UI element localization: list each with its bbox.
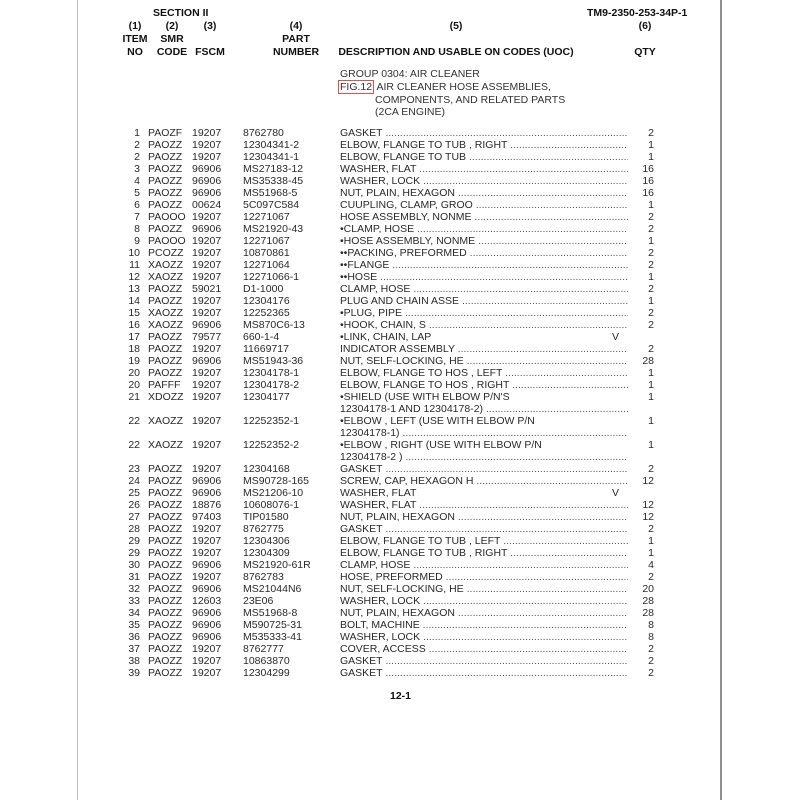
smr-code: PAOZZ <box>148 199 182 211</box>
smr-code: PAOZZ <box>148 619 182 631</box>
quantity: 2 <box>630 283 654 295</box>
description-text: BOLT, MACHINE <box>340 619 420 631</box>
description-line-1: GASKET .................................… <box>340 655 628 667</box>
description: HOSE ASSEMBLY, NONME ...................… <box>340 211 628 223</box>
table-row: 29PAOZZ1920712304306ELBOW, FLANGE TO TUB… <box>0 535 800 547</box>
description: WASHER, FLAT ...........................… <box>340 163 628 175</box>
part-number: 12271066-1 <box>243 271 299 283</box>
smr-code: PAOZZ <box>148 499 182 511</box>
item-number: 12 <box>118 271 140 283</box>
item-number: 27 <box>118 511 140 523</box>
description: •SHIELD (USE WITH ELBOW P/N'S12304178-1 … <box>340 391 628 415</box>
table-row: 20PAOZZ1920712304178-1ELBOW, FLANGE TO H… <box>0 367 800 379</box>
quantity: 2 <box>630 343 654 355</box>
table-row: 37PAOZZ192078762777COVER, ACCESS .......… <box>0 643 800 655</box>
quantity: 2 <box>630 127 654 139</box>
description-text: PLUG AND CHAIN ASSE <box>340 295 459 307</box>
table-row: 18PAOZZ1920711669717INDICATOR ASSEMBLY .… <box>0 343 800 355</box>
fscm: 19207 <box>192 391 221 403</box>
description-text: ELBOW, FLANGE TO HOS , RIGHT <box>340 379 509 391</box>
table-row: 12XAOZZ1920712271066-1••HOSE ...........… <box>0 271 800 283</box>
smr-code: PCOZZ <box>148 247 184 259</box>
quantity: 1 <box>630 151 654 163</box>
table-row: 16XAOZZ96906MS870C6-13•HOOK, CHAIN, S ..… <box>0 319 800 331</box>
fscm: 19207 <box>192 211 221 223</box>
leader-dots: ........................................… <box>377 271 628 283</box>
quantity: 16 <box>630 187 654 199</box>
smr-code: PAOOO <box>148 235 186 247</box>
description-text: •CLAMP, HOSE <box>340 223 414 235</box>
column-label: NO <box>118 46 152 59</box>
column-label: NUMBER <box>264 46 328 59</box>
leader-dots: ........................................… <box>382 463 628 475</box>
description-text: 12304178-1 AND 12304178-2) <box>340 403 483 415</box>
fscm: 19207 <box>192 523 221 535</box>
description-text: ELBOW, FLANGE TO TUB , RIGHT <box>340 139 507 151</box>
fscm: 19207 <box>192 295 221 307</box>
quantity: 16 <box>630 175 654 187</box>
description: GASKET .................................… <box>340 667 628 679</box>
part-number: M590725-31 <box>243 619 302 631</box>
fscm: 19207 <box>192 151 221 163</box>
fscm: 96906 <box>192 487 221 499</box>
column-header-item-no: (1) ITEM NO <box>118 20 152 59</box>
quantity: 2 <box>630 319 654 331</box>
table-row: 32PAOZZ96906MS21044N6NUT, SELF-LOCKING, … <box>0 583 800 595</box>
leader-dots: ........................................… <box>389 259 628 271</box>
description: ELBOW, FLANGE TO TUB , RIGHT ...........… <box>340 547 628 559</box>
description-line-1: •ELBOW , LEFT (USE WITH ELBOW P/N <box>340 415 628 427</box>
column-label: CODE <box>155 46 189 59</box>
item-number: 25 <box>118 487 140 499</box>
description-line-1: CLAMP, HOSE ............................… <box>340 283 628 295</box>
fscm: 19207 <box>192 463 221 475</box>
fscm: 96906 <box>192 163 221 175</box>
table-row: 4PAOZZ96906MS35338-45WASHER, LOCK ......… <box>0 175 800 187</box>
part-number: 12304341-1 <box>243 151 299 163</box>
smr-code: PAOZZ <box>148 367 182 379</box>
quantity: 2 <box>630 259 654 271</box>
description: NUT, PLAIN, HEXAGON ....................… <box>340 187 628 199</box>
column-label: DESCRIPTION AND USABLE ON CODES (UOC) <box>338 46 574 59</box>
document-number: TM9-2350-253-34P-1 <box>587 7 687 19</box>
fscm: 18876 <box>192 499 221 511</box>
fscm: 96906 <box>192 187 221 199</box>
description-text: WASHER, LOCK <box>340 595 420 607</box>
item-number: 22 <box>118 415 140 427</box>
quantity: 8 <box>630 631 654 643</box>
item-number: 19 <box>118 355 140 367</box>
item-number: 21 <box>118 391 140 403</box>
part-number: 12304178-1 <box>243 367 299 379</box>
table-row: 24PAOZZ96906MS90728-165SCREW, CAP, HEXAG… <box>0 475 800 487</box>
description: WASHER, LOCK ...........................… <box>340 175 628 187</box>
description-line-1: GASKET .................................… <box>340 127 628 139</box>
description-line-2: 12304178-1 AND 12304178-2) .............… <box>340 403 628 415</box>
leader-dots: ........................................… <box>455 511 628 523</box>
figure-link[interactable]: FIG.12 <box>338 80 374 94</box>
part-number: 12304178-2 <box>243 379 299 391</box>
item-number: 26 <box>118 499 140 511</box>
fscm: 96906 <box>192 319 221 331</box>
table-row: 33PAOZZ1260323E06WASHER, LOCK ..........… <box>0 595 800 607</box>
description-line-1: ELBOW, FLANGE TO TUB , RIGHT ...........… <box>340 139 628 151</box>
item-number: 18 <box>118 343 140 355</box>
description-line-1: •HOOK, CHAIN, S ........................… <box>340 319 628 331</box>
description-text: ••HOSE <box>340 271 377 283</box>
table-row: 19PAOZZ96906MS51943-36NUT, SELF-LOCKING,… <box>0 355 800 367</box>
table-row: 29PAOZZ1920712304309ELBOW, FLANGE TO TUB… <box>0 547 800 559</box>
column-number: (4) <box>264 20 328 33</box>
description-line-1: WASHER, LOCK ...........................… <box>340 631 628 643</box>
item-number: 32 <box>118 583 140 595</box>
part-number: MS21044N6 <box>243 583 301 595</box>
description: ••FLANGE ...............................… <box>340 259 628 271</box>
smr-code: PAOZZ <box>148 607 182 619</box>
table-row: 34PAOZZ96906MS51968-8NUT, PLAIN, HEXAGON… <box>0 607 800 619</box>
fscm: 96906 <box>192 175 221 187</box>
leader-dots: ........................................… <box>420 631 628 643</box>
quantity: 1 <box>630 391 654 403</box>
smr-code: XAOZZ <box>148 259 183 271</box>
description: ELBOW, FLANGE TO TUB , RIGHT ...........… <box>340 139 628 151</box>
item-number: 30 <box>118 559 140 571</box>
smr-code: PAOZZ <box>148 295 182 307</box>
smr-code: PAOZZ <box>148 187 182 199</box>
fscm: 96906 <box>192 223 221 235</box>
smr-code: PAOZZ <box>148 343 182 355</box>
leader-dots: ........................................… <box>473 199 628 211</box>
smr-code: PAOZZ <box>148 175 182 187</box>
smr-code: XAOZZ <box>148 307 183 319</box>
table-row: 9PAOOO1920712271067•HOSE ASSEMBLY, NONME… <box>0 235 800 247</box>
leader-dots: ........................................… <box>402 451 628 463</box>
part-number: MS870C6-13 <box>243 319 305 331</box>
quantity: 1 <box>630 271 654 283</box>
item-number: 38 <box>118 655 140 667</box>
smr-code: PAOZZ <box>148 595 182 607</box>
description-line-1: SCREW, CAP, HEXAGON H ..................… <box>340 475 628 487</box>
description-line-1: •PLUG, PIPE ............................… <box>340 307 628 319</box>
description-line-1: GASKET .................................… <box>340 523 628 535</box>
part-number: 12252352-2 <box>243 439 299 451</box>
item-number: 24 <box>118 475 140 487</box>
quantity: 28 <box>630 607 654 619</box>
section-title: SECTION II <box>153 7 208 19</box>
part-number: 23E06 <box>243 595 273 607</box>
smr-code: PAOZZ <box>148 475 182 487</box>
description-text: WASHER, FLAT <box>340 163 416 175</box>
leader-dots: ........................................… <box>426 319 628 331</box>
item-number: 7 <box>118 211 140 223</box>
smr-code: XAOZZ <box>148 415 183 427</box>
description: •PLUG, PIPE ............................… <box>340 307 628 319</box>
smr-code: PAOZZ <box>148 331 182 343</box>
smr-code: PAOZZ <box>148 655 182 667</box>
item-number: 10 <box>118 247 140 259</box>
description-line-1: •CLAMP, HOSE ...........................… <box>340 223 628 235</box>
table-row: 10PCOZZ1920710870861••PACKING, PREFORMED… <box>0 247 800 259</box>
leader-dots: ........................................… <box>414 223 628 235</box>
smr-code: PAOZZ <box>148 163 182 175</box>
smr-code: PAOZZ <box>148 523 182 535</box>
description-text: INDICATOR ASSEMBLY <box>340 343 455 355</box>
leader-dots: ........................................… <box>459 295 628 307</box>
table-row: 36PAOZZ96906M535333-41WASHER, LOCK .....… <box>0 631 800 643</box>
part-number: MS21920-43 <box>243 223 303 235</box>
fscm: 19207 <box>192 235 221 247</box>
quantity: 1 <box>630 379 654 391</box>
item-number: 14 <box>118 295 140 307</box>
description: NUT, PLAIN, HEXAGON ....................… <box>340 511 628 523</box>
fscm: 19207 <box>192 379 221 391</box>
quantity: 2 <box>630 211 654 223</box>
description-line-1: NUT, PLAIN, HEXAGON ....................… <box>340 607 628 619</box>
part-number: 10608076-1 <box>243 499 299 511</box>
part-number: 8762775 <box>243 523 284 535</box>
part-number: 10870861 <box>243 247 290 259</box>
item-number: 13 <box>118 283 140 295</box>
description-text: ELBOW, FLANGE TO TUB <box>340 151 466 163</box>
item-number: 29 <box>118 547 140 559</box>
fscm: 79577 <box>192 331 221 343</box>
item-number: 36 <box>118 631 140 643</box>
column-header-qty: (6) QTY <box>628 20 662 59</box>
description: GASKET .................................… <box>340 127 628 139</box>
description-text: COVER, ACCESS <box>340 643 426 655</box>
table-row: 31PAOZZ192078762783HOSE, PREFORMED .....… <box>0 571 800 583</box>
description-line-1: CUUPLING, CLAMP, GROO ..................… <box>340 199 628 211</box>
column-header-fscm: (3) FSCM <box>193 20 227 59</box>
description-line-1: NUT, SELF-LOCKING, HE ..................… <box>340 583 628 595</box>
description-line-1: WASHER, LOCK ...........................… <box>340 175 628 187</box>
description-text: HOSE, PREFORMED <box>340 571 443 583</box>
description: WASHER, LOCK ...........................… <box>340 595 628 607</box>
item-number: 16 <box>118 319 140 331</box>
item-number: 33 <box>118 595 140 607</box>
table-row: 15XAOZZ1920712252365•PLUG, PIPE ........… <box>0 307 800 319</box>
description-line-1: INDICATOR ASSEMBLY .....................… <box>340 343 628 355</box>
quantity: 1 <box>630 535 654 547</box>
leader-dots: ........................................… <box>402 307 628 319</box>
description-line-1: •HOSE ASSEMBLY, NONME ..................… <box>340 235 628 247</box>
fscm: 96906 <box>192 583 221 595</box>
group-title: GROUP 0304: AIR CLEANER <box>340 68 565 80</box>
smr-code: XDOZZ <box>148 391 184 403</box>
description-line-2: 12304178-2 ) ...........................… <box>340 451 628 463</box>
description: ELBOW, FLANGE TO TUB ...................… <box>340 151 628 163</box>
description-line-1: ELBOW, FLANGE TO HOS , RIGHT ...........… <box>340 379 628 391</box>
fscm: 19207 <box>192 343 221 355</box>
quantity: 1 <box>630 547 654 559</box>
item-number: 28 <box>118 523 140 535</box>
quantity: 16 <box>630 163 654 175</box>
description: CLAMP, HOSE ............................… <box>340 283 628 295</box>
description-text: •PLUG, PIPE <box>340 307 402 319</box>
part-number: 5C097C584 <box>243 199 299 211</box>
description-line-1: WASHER, FLAT ...........................… <box>340 163 628 175</box>
description-line-1: GASKET .................................… <box>340 463 628 475</box>
quantity: 2 <box>630 667 654 679</box>
smr-code: XAOZZ <box>148 439 183 451</box>
description: GASKET .................................… <box>340 523 628 535</box>
fscm: 19207 <box>192 139 221 151</box>
fscm: 19207 <box>192 247 221 259</box>
column-label: PART <box>264 33 328 46</box>
fscm: 19207 <box>192 667 221 679</box>
part-number: MS27183-12 <box>243 163 303 175</box>
table-row: 5PAOZZ96906MS51968-5NUT, PLAIN, HEXAGON … <box>0 187 800 199</box>
table-row: 39PAOZZ1920712304299GASKET .............… <box>0 667 800 679</box>
part-number: 10863870 <box>243 655 290 667</box>
fscm: 19207 <box>192 547 221 559</box>
page-number: 12-1 <box>390 690 411 702</box>
description: GASKET .................................… <box>340 655 628 667</box>
description: SCREW, CAP, HEXAGON H ..................… <box>340 475 628 487</box>
description: •HOOK, CHAIN, S ........................… <box>340 319 628 331</box>
description: NUT, SELF-LOCKING, HE ..................… <box>340 583 628 595</box>
smr-code: PAOOO <box>148 211 186 223</box>
description-text: ELBOW, FLANGE TO TUB , LEFT <box>340 535 500 547</box>
smr-code: PAOZZ <box>148 463 182 475</box>
smr-code: PAOZZ <box>148 511 182 523</box>
table-row: 27PAOZZ97403TIP01580NUT, PLAIN, HEXAGON … <box>0 511 800 523</box>
quantity: 1 <box>630 367 654 379</box>
quantity: 2 <box>630 463 654 475</box>
item-number: 39 <box>118 667 140 679</box>
figure-title-line-3: (2CA ENGINE) <box>340 106 565 118</box>
fscm: 97403 <box>192 511 221 523</box>
fscm: 96906 <box>192 631 221 643</box>
leader-dots: ........................................… <box>382 523 628 535</box>
part-number: TIP01580 <box>243 511 289 523</box>
column-header-part-number: (4) PART NUMBER <box>264 20 328 59</box>
description-line-1: ••HOSE .................................… <box>340 271 628 283</box>
smr-code: PAOZZ <box>148 571 182 583</box>
column-label: ITEM <box>118 33 152 46</box>
description-line-1: •ELBOW , RIGHT (USE WITH ELBOW P/N <box>340 439 628 451</box>
description-line-1: WASHER, FLAT ...........................… <box>340 499 628 511</box>
item-number: 29 <box>118 535 140 547</box>
smr-code: PAOZZ <box>148 667 182 679</box>
smr-code: PAOZZ <box>148 223 182 235</box>
fscm: 19207 <box>192 259 221 271</box>
table-row: 17PAOZZ79577660-1-4•LINK, CHAIN, LAPV <box>0 331 800 343</box>
description-text: •HOOK, CHAIN, S <box>340 319 426 331</box>
description: WASHER, FLAT ...........................… <box>340 499 628 511</box>
leader-dots: ........................................… <box>473 475 628 487</box>
quantity: 2 <box>630 247 654 259</box>
fscm: 96906 <box>192 475 221 487</box>
description-text: NUT, SELF-LOCKING, HE <box>340 583 464 595</box>
description-line-1: WASHER, FLAT <box>340 487 628 499</box>
column-number: (3) <box>193 20 227 33</box>
smr-code: PAOZZ <box>148 535 182 547</box>
quantity: 1 <box>630 415 654 427</box>
description: WASHER, FLAT <box>340 487 628 499</box>
leader-dots: ........................................… <box>410 559 628 571</box>
part-number: 12304341-2 <box>243 139 299 151</box>
item-number: 2 <box>118 139 140 151</box>
leader-dots: ........................................… <box>475 235 628 247</box>
leader-dots: ........................................… <box>500 535 628 547</box>
item-number: 2 <box>118 151 140 163</box>
leader-dots: ........................................… <box>507 547 628 559</box>
table-row: 7PAOOO1920712271067HOSE ASSEMBLY, NONME … <box>0 211 800 223</box>
description-text: •HOSE ASSEMBLY, NONME <box>340 235 475 247</box>
smr-code: PAOZZ <box>148 151 182 163</box>
description-text: GASKET <box>340 127 382 139</box>
leader-dots: ........................................… <box>472 211 629 223</box>
description-line-1: HOSE ASSEMBLY, NONME ...................… <box>340 211 628 223</box>
fscm: 96906 <box>192 355 221 367</box>
leader-dots: ........................................… <box>455 343 628 355</box>
quantity: 1 <box>630 235 654 247</box>
part-number: 12304176 <box>243 295 290 307</box>
description-line-1: BOLT, MACHINE ..........................… <box>340 619 628 631</box>
description: ELBOW, FLANGE TO TUB , LEFT ............… <box>340 535 628 547</box>
parts-list-table: 1PAOZF192078762780GASKET ...............… <box>0 127 800 679</box>
quantity: 2 <box>630 571 654 583</box>
item-number: 23 <box>118 463 140 475</box>
description: INDICATOR ASSEMBLY .....................… <box>340 343 628 355</box>
description-line-1: GASKET .................................… <box>340 667 628 679</box>
leader-dots: ........................................… <box>420 595 628 607</box>
description-text: CUUPLING, CLAMP, GROO <box>340 199 473 211</box>
fscm: 19207 <box>192 271 221 283</box>
item-number: 15 <box>118 307 140 319</box>
description-line-1: •SHIELD (USE WITH ELBOW P/N'S <box>340 391 628 403</box>
description-text: HOSE ASSEMBLY, NONME <box>340 211 472 223</box>
leader-dots: ........................................… <box>410 283 628 295</box>
fscm: 19207 <box>192 655 221 667</box>
quantity: 20 <box>630 583 654 595</box>
quantity: 1 <box>630 295 654 307</box>
smr-code: PAOZZ <box>148 283 182 295</box>
leader-dots: ........................................… <box>507 139 628 151</box>
leader-dots: ........................................… <box>443 571 628 583</box>
description: CUUPLING, CLAMP, GROO ..................… <box>340 199 628 211</box>
part-number: 12304177 <box>243 391 290 403</box>
fscm: 96906 <box>192 619 221 631</box>
item-number: 37 <box>118 643 140 655</box>
fscm: 19207 <box>192 439 221 451</box>
leader-dots: ........................................… <box>420 175 628 187</box>
description: CLAMP, HOSE ............................… <box>340 559 628 571</box>
description: ••HOSE .................................… <box>340 271 628 283</box>
description-text: 12304178-1) <box>340 427 400 439</box>
description: •ELBOW , LEFT (USE WITH ELBOW P/N1230417… <box>340 415 628 439</box>
leader-dots: ........................................… <box>426 643 628 655</box>
description-text: GASKET <box>340 667 382 679</box>
part-number: 12252365 <box>243 307 290 319</box>
part-number: 12304309 <box>243 547 290 559</box>
fscm: 19207 <box>192 535 221 547</box>
description: •CLAMP, HOSE ...........................… <box>340 223 628 235</box>
quantity: 12 <box>630 511 654 523</box>
part-number: 660-1-4 <box>243 331 279 343</box>
table-row: 21XDOZZ1920712304177•SHIELD (USE WITH EL… <box>0 391 800 415</box>
table-row: 2PAOZZ1920712304341-2ELBOW, FLANGE TO TU… <box>0 139 800 151</box>
item-number: 20 <box>118 367 140 379</box>
column-number: (6) <box>628 20 662 33</box>
leader-dots: ........................................… <box>382 667 628 679</box>
item-number: 17 <box>118 331 140 343</box>
description-text: WASHER, FLAT <box>340 487 416 499</box>
quantity: 12 <box>630 475 654 487</box>
quantity: 2 <box>630 643 654 655</box>
description-text: GASKET <box>340 463 382 475</box>
